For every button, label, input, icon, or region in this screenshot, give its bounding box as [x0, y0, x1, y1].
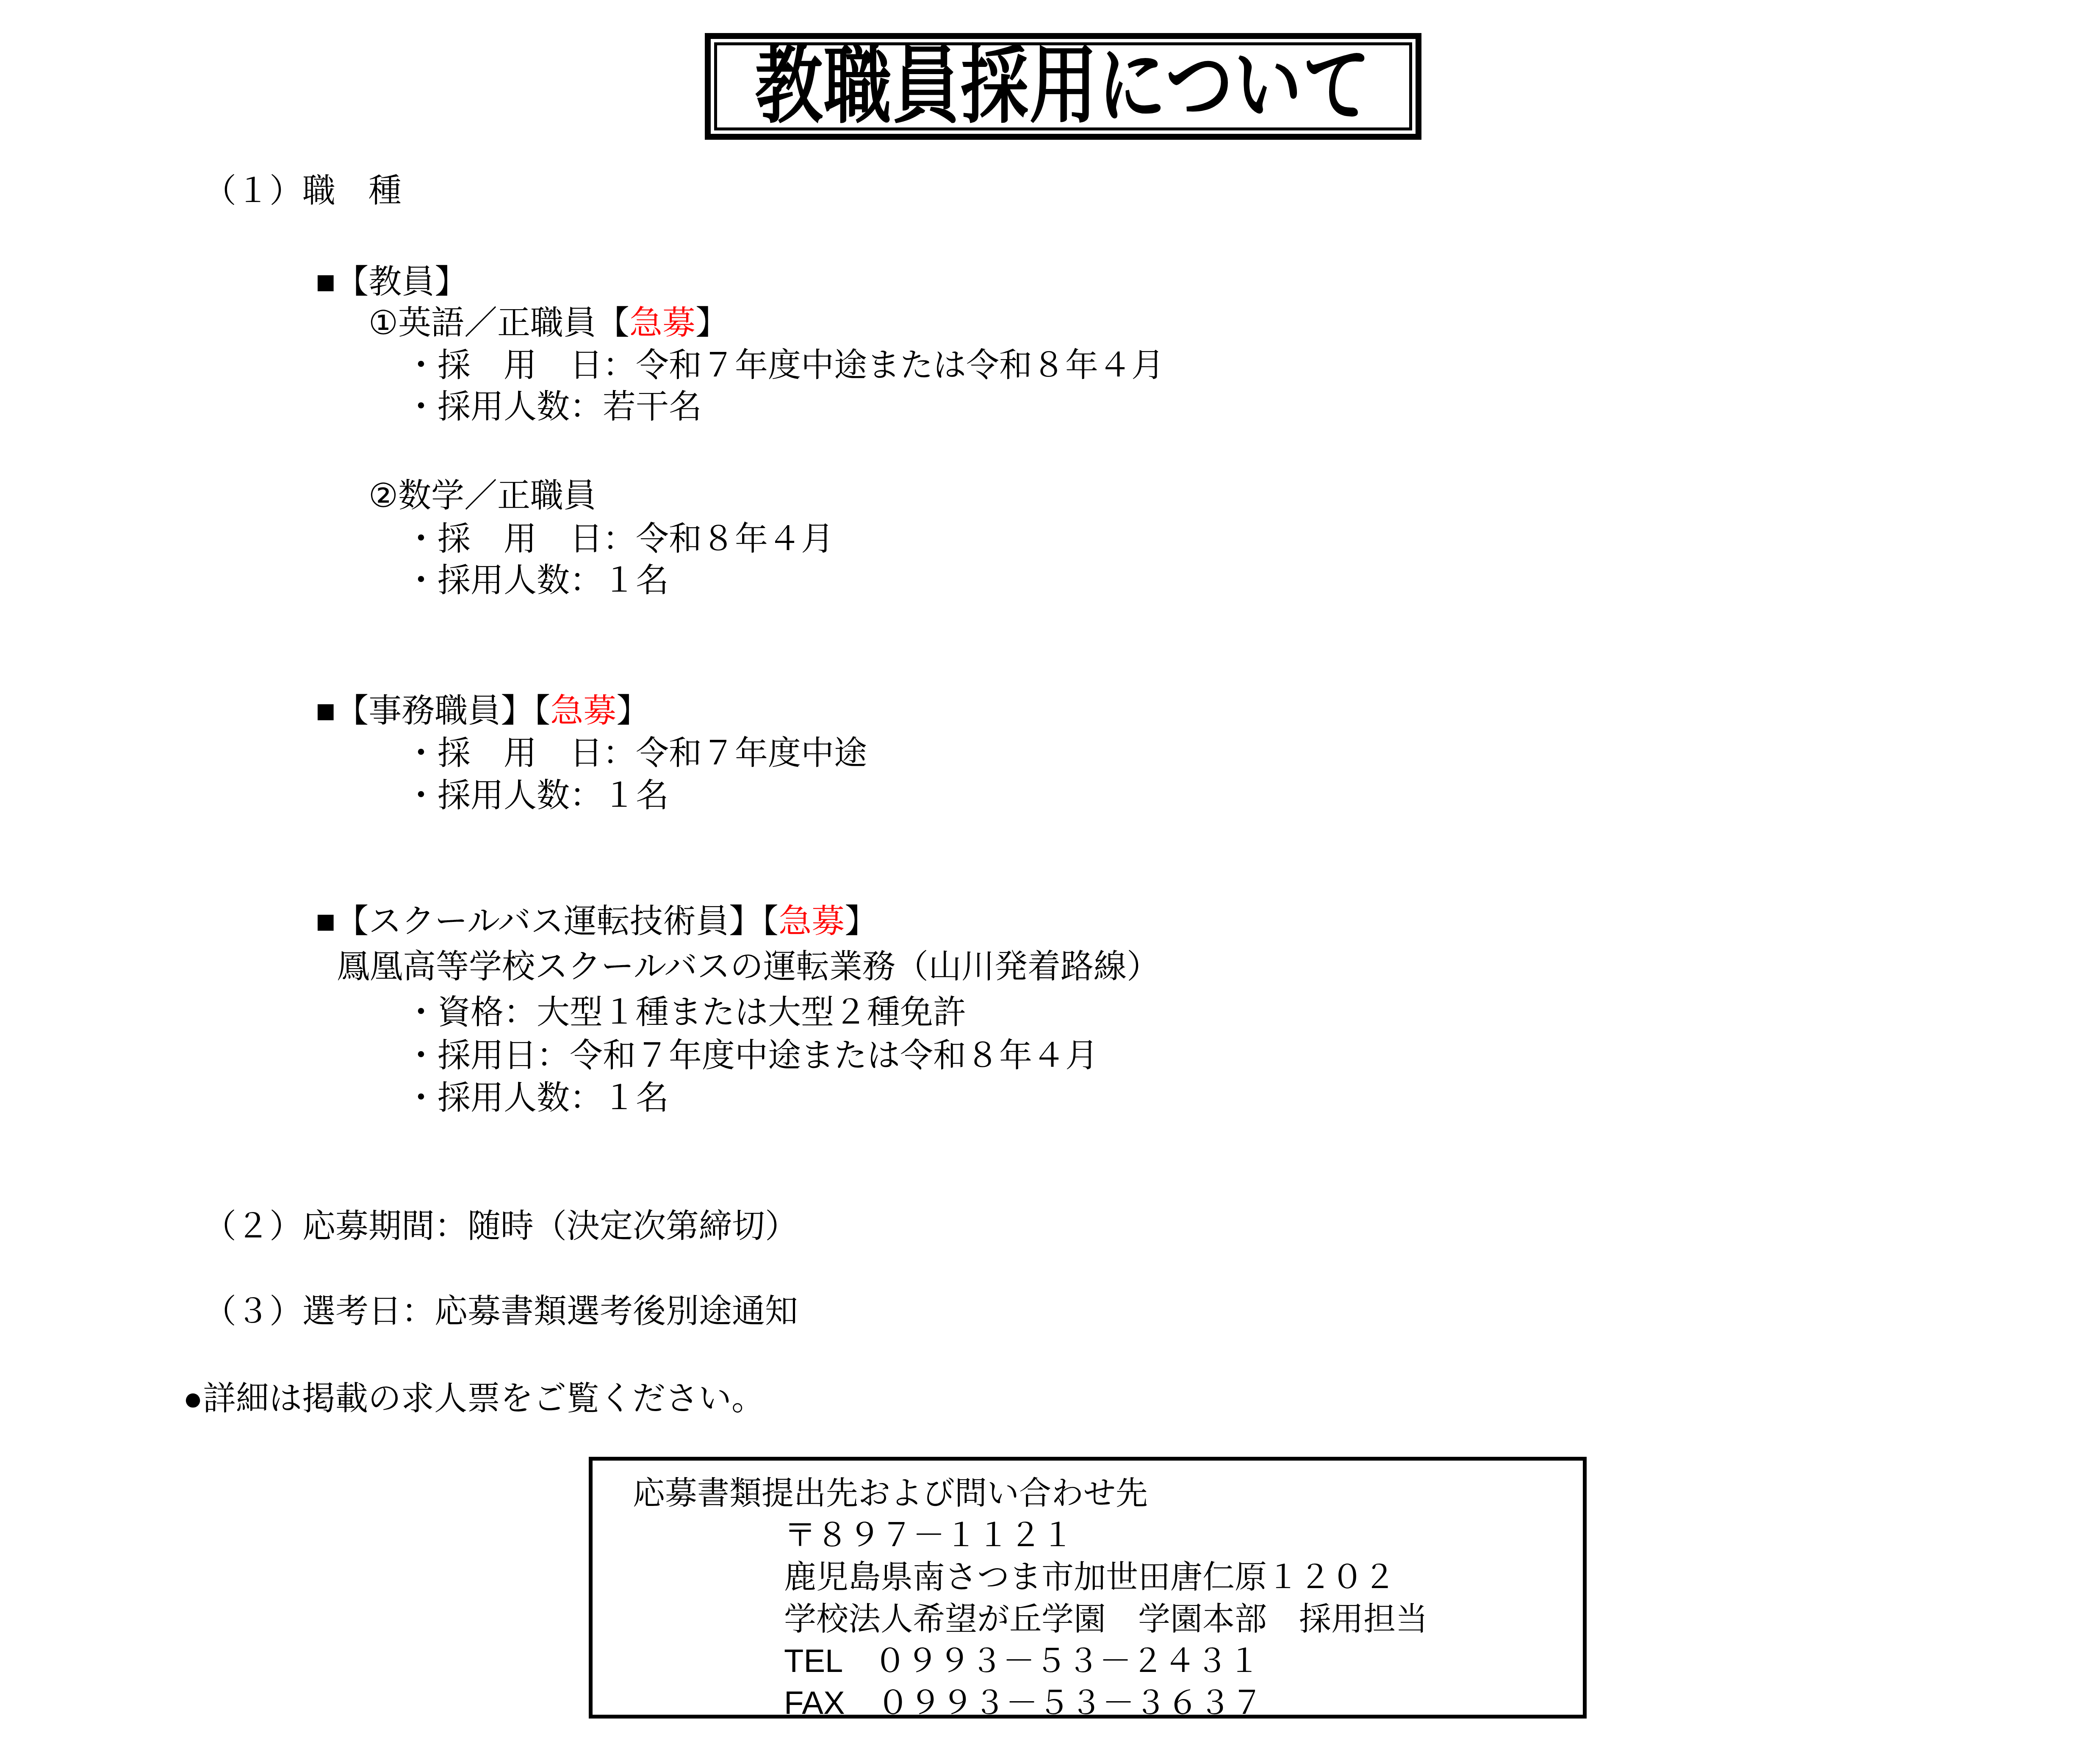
group-bus-driver-heading: ■【スクールバス運転技術員】【急募】	[316, 900, 878, 942]
contact-postal-code: 〒８９７－１１２１	[784, 1514, 1583, 1556]
contact-box: 応募書類提出先および問い合わせ先 〒８９７－１１２１ 鹿児島県南さつま市加世田唐…	[589, 1457, 1587, 1719]
contact-heading: 応募書類提出先および問い合わせ先	[633, 1472, 1583, 1514]
page-title: 教職員採用について	[717, 41, 1409, 131]
position-math-hire-date: ・採 用 日：令和８年４月	[404, 518, 834, 560]
urgent-badge: 急募	[629, 304, 695, 341]
group-bus-driver-title: 【スクールバス運転技術員】	[335, 902, 762, 940]
square-bullet-icon: ■	[316, 263, 335, 300]
group-teachers-title: 【教員】	[335, 263, 468, 300]
square-bullet-icon: ■	[316, 692, 335, 729]
title-box: 教職員採用について	[705, 33, 1421, 140]
section-1-heading: （１）職 種	[203, 169, 402, 212]
contact-address: 鹿児島県南さつま市加世田唐仁原１２０２	[784, 1556, 1583, 1598]
contact-fax: FAX ０９９３－５３－３６３７	[784, 1682, 1583, 1724]
contact-tel: TEL ０９９３－５３－２４３１	[784, 1640, 1583, 1682]
group-teachers-heading: ■【教員】	[316, 260, 468, 303]
title-box-inner: 教職員採用について	[714, 42, 1412, 130]
bus-driver-hire-date: ・採用日：令和７年度中途または令和８年４月	[404, 1034, 1098, 1077]
bus-driver-headcount: ・採用人数：１名	[404, 1077, 669, 1119]
position-math-title: ②数学／正職員	[368, 474, 596, 517]
position-math-headcount: ・採用人数：１名	[404, 559, 669, 601]
urgent-badge: 急募	[778, 902, 845, 940]
square-bullet-icon: ■	[316, 902, 335, 940]
bus-driver-description: 鳳凰高等学校スクールバスの運転業務（山川発着路線）	[337, 945, 1160, 988]
urgent-bracket-open: 【	[762, 902, 778, 940]
contact-organization: 学校法人希望が丘学園 学園本部 採用担当	[784, 1598, 1583, 1640]
urgent-bracket-close: 】	[845, 902, 878, 940]
group-office-staff-heading: ■【事務職員】【急募】	[316, 689, 649, 732]
bus-driver-license: ・資格：大型１種または大型２種免許	[404, 991, 966, 1033]
urgent-bracket-close: 】	[695, 304, 729, 341]
section-3-selection-date: （３）選考日：応募書類選考後別途通知	[203, 1290, 798, 1332]
urgent-bracket-open: 【	[534, 692, 550, 729]
section-2-application-period: （２）応募期間：随時（決定次第締切）	[203, 1205, 798, 1247]
office-staff-hire-date: ・採 用 日：令和７年度中途	[404, 732, 867, 774]
recruitment-notice-document: 教職員採用について （１）職 種 ■【教員】 ①英語／正職員【急募】 ・採 用 …	[0, 0, 2100, 1738]
position-english-name: ①英語／正職員	[368, 304, 596, 341]
office-staff-headcount: ・採用人数：１名	[404, 774, 669, 816]
detail-note: ●詳細は掲載の求人票をご覧ください。	[183, 1377, 765, 1420]
group-office-staff-title: 【事務職員】	[335, 692, 534, 729]
urgent-bracket-close: 】	[616, 692, 649, 729]
position-english-hire-date: ・採 用 日：令和７年度中途または令和８年４月	[404, 344, 1164, 386]
position-english-headcount: ・採用人数：若干名	[404, 385, 702, 428]
position-english-title: ①英語／正職員【急募】	[368, 302, 729, 344]
urgent-bracket-open: 【	[596, 304, 629, 341]
urgent-badge: 急募	[550, 692, 616, 729]
